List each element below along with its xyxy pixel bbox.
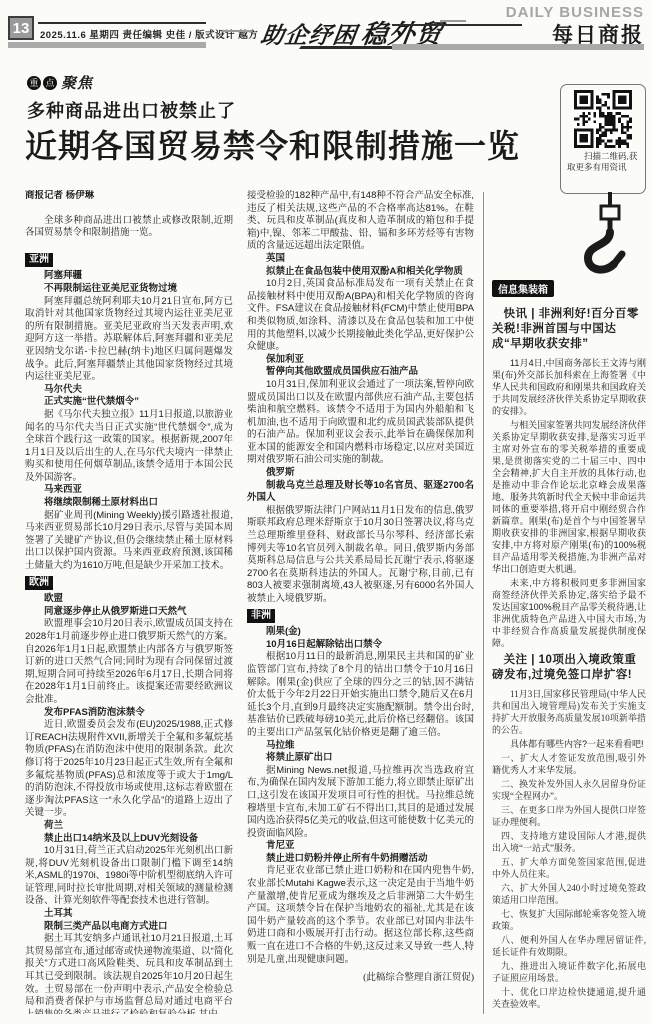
article-country: 刚果(金)	[247, 626, 474, 639]
slogan-dash-left	[222, 30, 252, 32]
article-para: 据Mining News.net报道,马拉维再次当选政府宣布,为确保在国内发展下…	[247, 765, 474, 841]
sidebar-prompt: 具体都有哪些内容?一起来看看吧!	[492, 738, 646, 750]
headline-kicker: 多种商品进出口被禁止了	[27, 97, 236, 123]
article-subhead: 限制三类产品以电商方式进口	[25, 921, 233, 934]
sidebar-paragraph: 与相关国家签署共同发展经济伙伴关系协定早期收获安排,是落实习近平主席对外宣布的零…	[492, 419, 646, 575]
badge-circle-1: 重	[27, 76, 41, 90]
article-subhead: 将继续限制稀土原材料出口	[25, 497, 233, 510]
article-country: 阿塞拜疆	[25, 270, 233, 283]
article-country: 马拉维	[247, 740, 474, 753]
article-country: 欧盟	[25, 593, 233, 606]
qr-code-icon	[574, 90, 632, 148]
newspaper-page: 13 2025.11.6 星期四 责任编辑 史佳 / 版式设计 越方 助企纾困 …	[0, 0, 652, 1024]
article-country: 荷兰	[25, 820, 233, 833]
crane-hook-icon	[570, 192, 636, 276]
article-para: 近日,欧盟委员会发布(EU)2025/1988,正式修订REACH法规附件XVI…	[25, 719, 233, 820]
sidebar-box-label: 信息集装箱	[492, 280, 554, 297]
sidebar-item-entry-exit-policies: 关注 | 10项出入境政策重磅发布,过境免签口岸扩容! 11月3日,国家移民管理…	[492, 653, 646, 1010]
header-gray-bar-left	[8, 42, 206, 48]
article-subhead: 禁止出口14纳米及以上DUV光刻设备	[25, 833, 233, 846]
article-region: 欧洲	[25, 576, 53, 591]
article-para: 欧盟理事会10月20日表示,欧盟成员国支持在2028年1月前逐步停止进口俄罗斯天…	[25, 618, 233, 706]
article-para: 据土耳其安纳多卢通讯社10月21日报道,土耳其贸易部宣布,通过邮寄或快递物流渠道…	[25, 933, 233, 1014]
article-subhead: 正式实施“世代禁烟令”	[25, 396, 233, 409]
article-para: 10月2日,英国食品标准局发布一项有关禁止在食品接触材料中使用双酚A(BPA)和…	[247, 278, 474, 354]
sidebar-measure-list: 一、扩大人才签证发放范围,吸引外籍优秀人才来华发展。二、换发补发外国人永久居留身…	[492, 752, 646, 1010]
sidebar-item-africa-tariff: 快讯 | 非洲利好!百分百零关税!非洲首国与中国达成“早期收获安排” 11月4日…	[492, 307, 646, 649]
sidebar-logo	[492, 192, 646, 280]
article-para: 根据俄罗斯法律门户网站11月1日发布的信息,俄罗斯联邦政府总理米舒斯京于10月3…	[247, 505, 474, 606]
header-rule	[38, 22, 206, 24]
qr-caption: 扫描二维码,获取更多有用资讯	[567, 151, 639, 173]
sidebar-measure: 十、优化口岸边检快捷通道,提升通关查验效率。	[492, 986, 646, 1010]
sidebar-measure: 二、换发补发外国人永久居留身份证实现“全程网办”。	[492, 778, 646, 802]
sidebar-paragraph: 未来,中方将积极同更多非洲国家商签经济伙伴关系协定,落实给予最不发达国家100%…	[492, 577, 646, 649]
article-para_cont: 接受检验的182种产品中,有148种不符合产品安全标准,违反了相关法规,这些产品…	[247, 190, 474, 253]
article-country: 马尔代夫	[25, 384, 233, 397]
badge-circle-2: 点	[43, 76, 57, 90]
article-para: 据《马尔代夫独立报》11月1日报道,以旅游业闻名的马尔代夫当日正式实施“世代禁烟…	[25, 409, 233, 485]
column-1-blocks: 亚洲阿塞拜疆不再限制运往亚美尼亚货物过境阿塞拜疆总统阿利耶夫10月21日宣布,阿…	[25, 250, 233, 1014]
sidebar-paragraph: 11月4日,中国商务部长王文涛与刚果(布)外交部长加科索在上海签署《中华人民共和…	[492, 357, 646, 417]
sidebar-measure: 五、扩大单方面免签国家范围,促进中外人员往来。	[492, 856, 646, 880]
article-country: 保加利亚	[247, 354, 474, 367]
header-gray-bar-right	[392, 44, 644, 50]
sidebar-measure: 九、推进出入境证件数字化,拓展电子证照应用场景。	[492, 960, 646, 984]
byline: 商报记者 杨伊琳	[25, 190, 233, 203]
source-credit: (此稿综合整理自浙江贸促)	[247, 972, 474, 985]
badge-label: 聚焦	[61, 72, 93, 93]
article-country: 土耳其	[25, 908, 233, 921]
article-para: 阿塞拜疆总统阿利耶夫10月21日宣布,阿方已取消针对其他国家货物经过其境内运往亚…	[25, 296, 233, 384]
article-country: 马来西亚	[25, 484, 233, 497]
article-para: 根据10月11日的最新消息,刚果民主共和国的矿业监管部门宣布,持续了8个月的钴出…	[247, 651, 474, 739]
sidebar-measure: 三、在更多口岸为外国人提供口岸签证办理便利。	[492, 804, 646, 828]
article-para: 10月31日,保加利亚议会通过了一项法案,暂停向欧盟成员国出口以及在欧盟内部供应…	[247, 379, 474, 467]
article-para: 肯尼亚农业部已禁止进口奶粉和在国内兜售牛奶,农业部长Mutahi Kagwe表示…	[247, 865, 474, 966]
article-subhead: 发布PFAS消防泡沫禁令	[25, 707, 233, 720]
sidebar-lead: 11月3日,国家移民管理局(中华人民共和国出入境管理局)发布关于实施支持扩大开放…	[492, 688, 646, 736]
slogan-part1: 助企纾困	[259, 22, 359, 48]
column-2-blocks: 接受检验的182种产品中,有148种不符合产品安全标准,违反了相关法规,这些产品…	[247, 190, 474, 966]
intro-paragraph: 全球多种商品进出口被禁止或修改限制,近期各国贸易禁令和限制措施一览。	[25, 215, 233, 240]
article-subhead: 不再限制运往亚美尼亚货物过境	[25, 283, 233, 296]
article-subhead: 拟禁止在食品包装中使用双酚A和相关化学物质	[247, 266, 474, 279]
sidebar-item-title: 快讯 | 非洲利好!百分百零关税!非洲首国与中国达成“早期收获安排”	[492, 307, 646, 352]
article-subhead: 制裁乌克兰总理及财长等10名官员、驱逐2700名外国人	[247, 480, 474, 505]
slogan-dash-right	[440, 20, 466, 22]
sidebar-measure: 一、扩大人才签证发放范围,吸引外籍优秀人才来华发展。	[492, 752, 646, 776]
focus-badge: 重 点 聚焦	[27, 72, 93, 93]
sidebar-measure: 六、扩大外国人240小时过境免签政策适用口岸范围。	[492, 882, 646, 906]
page-title: 近期各国贸易禁令和限制措施一览	[25, 121, 555, 167]
page-number: 13	[8, 16, 34, 40]
header-rule-right	[392, 24, 522, 26]
sidebar-item-title: 关注 | 10项出入境政策重磅发布,过境免签口岸扩容!	[492, 653, 646, 683]
sidebar-info-container: 信息集装箱 快讯 | 非洲利好!百分百零关税!非洲首国与中国达成“早期收获安排”…	[492, 192, 646, 1014]
qr-block: 扫描二维码,获取更多有用资讯	[560, 84, 646, 194]
article-column-2: 接受检验的182种产品中,有148种不符合产品安全标准,违反了相关法规,这些产品…	[247, 190, 474, 1014]
article-subhead: 暂停向其他欧盟成员国供应石油产品	[247, 366, 474, 379]
article-subhead: 禁止进口奶粉并停止所有牛奶捐赠活动	[247, 853, 474, 866]
sidebar-measure: 四、支持地方建设国际人才港,提供出入境“一站式”服务。	[492, 830, 646, 854]
article-para: 10月31日,荷兰正式启动2025年光刻机出口新规,将DUV光刻机设备出口限制门…	[25, 845, 233, 908]
sidebar-item-body: 11月4日,中国商务部长王文涛与刚果(布)外交部长加科索在上海签署《中华人民共和…	[492, 357, 646, 649]
article-para: 据矿业周刊(Mining Weekly)援引路透社报道,马来西亚贸易部长10月2…	[25, 510, 233, 573]
article-country: 英国	[247, 253, 474, 266]
sidebar-measure: 八、便利外国人在华办理居留证件,延长证件有效期限。	[492, 934, 646, 958]
article-column-1: 商报记者 杨伊琳 全球多种商品进出口被禁止或修改限制,近期各国贸易禁令和限制措施…	[25, 190, 233, 1014]
article-country: 俄罗斯	[247, 467, 474, 480]
column-divider	[483, 192, 484, 1014]
article-subhead: 将禁止原矿出口	[247, 752, 474, 765]
article-subhead: 同意逐步停止从俄罗斯进口天然气	[25, 606, 233, 619]
article-country: 肯尼亚	[247, 840, 474, 853]
article-subhead: 10月16日起解除钴出口禁令	[247, 639, 474, 652]
article-region: 非洲	[247, 609, 275, 624]
article-region: 亚洲	[25, 253, 53, 268]
sidebar-measure: 七、恢复扩大国际邮轮乘客免签入境政策。	[492, 908, 646, 932]
